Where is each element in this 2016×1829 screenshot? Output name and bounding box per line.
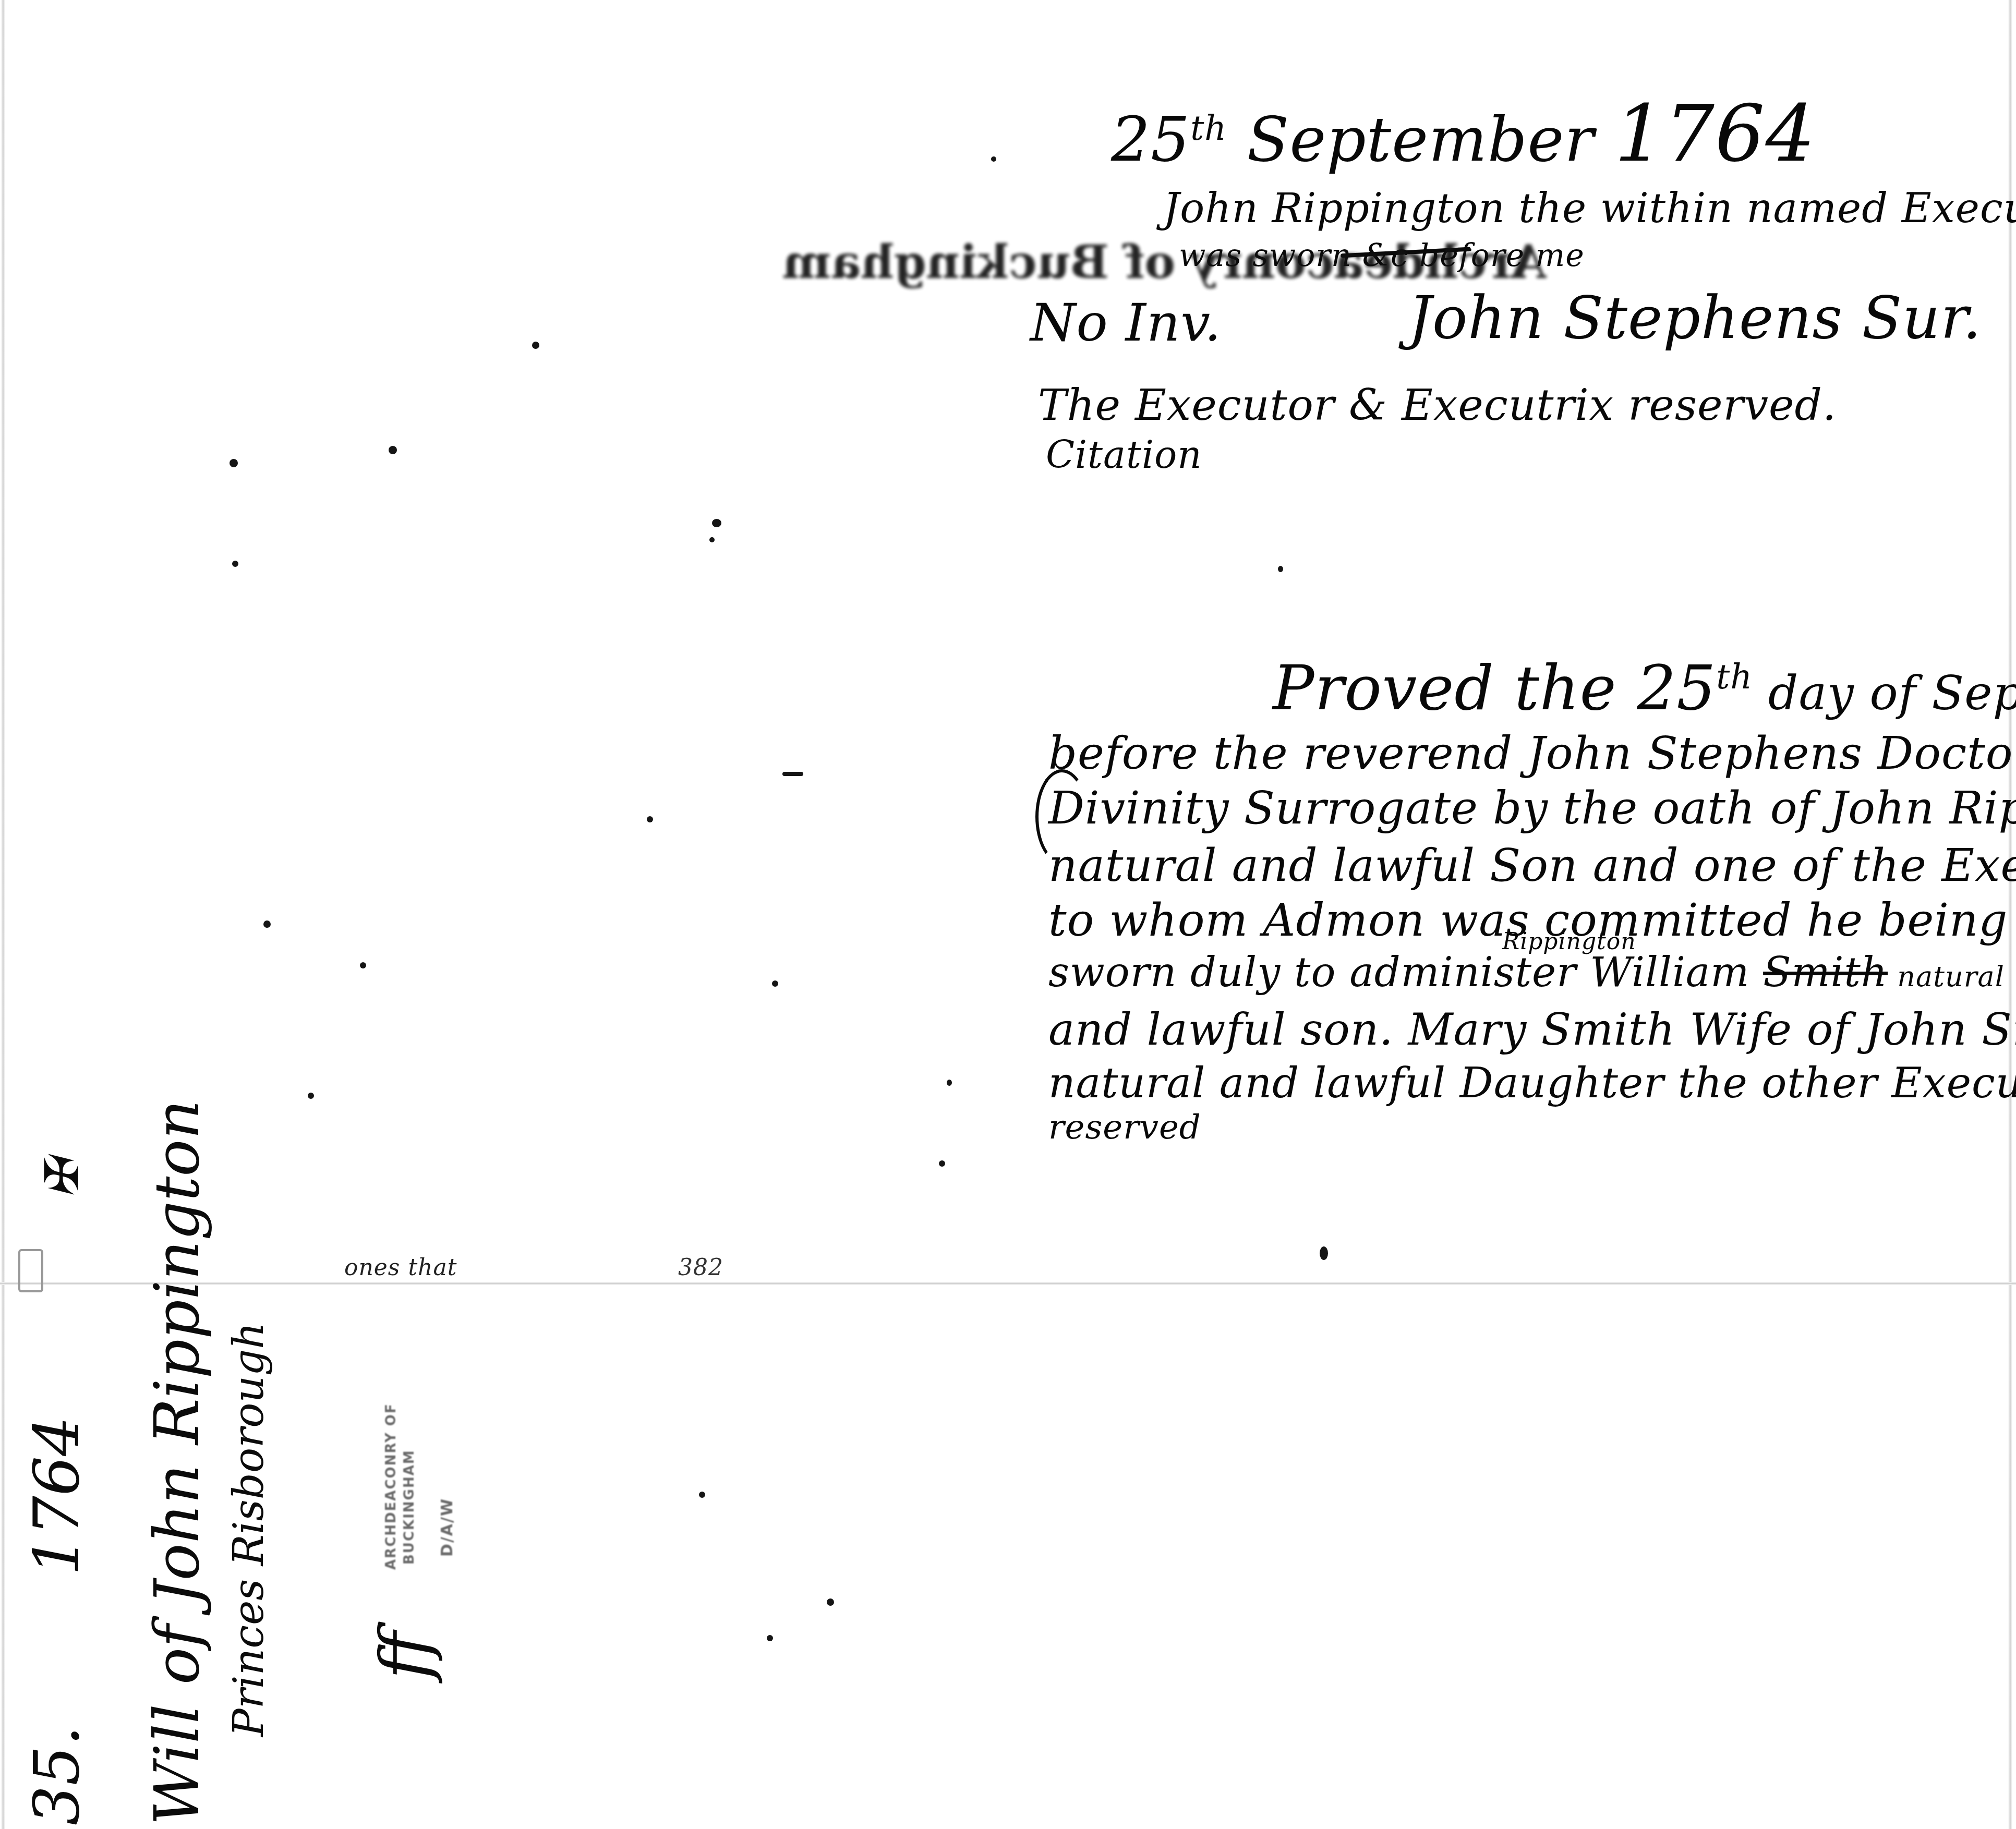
archive-stamp-line1: ARCHDEACONRY OF	[383, 1403, 399, 1570]
fold-faint-text: ones that	[344, 1254, 457, 1281]
probate-line-1: Proved the 25th day of September 1764	[1273, 652, 2016, 724]
ink-speck	[712, 519, 721, 527]
ink-speck	[263, 920, 271, 928]
no-inventory-note: No Inv.	[1030, 292, 1222, 353]
memo-year: 1764	[1614, 89, 1816, 179]
docket-number: 35	[21, 1746, 93, 1825]
natural-tail: natural	[1888, 960, 2005, 993]
probate-line-7: and lawful son. Mary Smith Wife of John …	[1048, 1004, 2016, 1055]
left-page-edge	[1, 0, 5, 1829]
ink-speck	[647, 816, 653, 822]
memo-executor-line: John Rippington the within named Executo…	[1163, 185, 2016, 232]
proved-date-rest: day of September 1764	[1753, 666, 2016, 721]
ink-speck	[827, 1598, 834, 1606]
bleed-through-stamp: Archdeaconry of Buckingham	[782, 235, 1546, 289]
probate-line-4: natural and lawful Son and one of the Ex…	[1048, 840, 2016, 892]
ink-speck	[772, 980, 778, 987]
docket-cross-mark: ✠	[35, 1159, 90, 1198]
docket-place: Princes Risborough	[224, 1322, 273, 1737]
ink-speck	[360, 962, 366, 968]
ink-blot	[1320, 1246, 1328, 1260]
probate-line-8: natural and lawful Daughter the other Ex…	[1048, 1059, 2016, 1107]
memo-month: September	[1247, 103, 1595, 175]
archive-stamp-line2: BUCKINGHAM	[402, 1449, 417, 1565]
ink-speck	[991, 156, 996, 162]
probate-line-2: before the reverend John Stephens Doctor…	[1048, 728, 2016, 780]
archive-ref-stamp: D/A/W	[438, 1498, 456, 1557]
probate-line-3: Divinity Surrogate by the oath of John R…	[1048, 782, 2016, 834]
ink-speck	[532, 342, 539, 349]
memo-reserved-line: The Executor & Executrix reserved.	[1038, 381, 1837, 430]
ink-speck	[767, 1635, 773, 1641]
ink-speck	[947, 1080, 952, 1086]
docket-mark: ff	[365, 1631, 444, 1679]
memo-day-suffix: th	[1190, 109, 1227, 148]
proved-the: Proved the 25	[1273, 652, 1716, 724]
ink-speck	[1278, 566, 1283, 572]
docket-number-year: 35. 1764 ✠	[21, 1159, 93, 1825]
ink-speck	[308, 1093, 314, 1099]
memo-date-line: 25th September 1764	[1111, 89, 1816, 179]
ink-speck	[232, 561, 238, 567]
folio-number: 382	[678, 1254, 723, 1281]
docket-year: 1764	[21, 1416, 93, 1576]
ink-speck	[230, 459, 238, 467]
docket-title: Will of John Rippington	[141, 1100, 213, 1825]
william: William	[1576, 949, 1763, 996]
day-suffix: th	[1716, 658, 1753, 697]
surrogate-signature: John Stephens Sur.	[1408, 284, 1982, 352]
memo-citation: Citation	[1046, 433, 1202, 477]
ink-speck	[389, 446, 397, 454]
document-page: 25th September 1764 John Rippington the …	[0, 0, 2016, 1829]
probate-line-6: sworn duly to administer William Smith n…	[1048, 949, 2005, 996]
ink-speck	[939, 1160, 945, 1167]
probate-line-9: reserved	[1048, 1108, 1201, 1147]
ink-speck	[699, 1492, 705, 1498]
sworn-duly: sworn duly to administer	[1048, 949, 1576, 996]
ink-speck	[709, 537, 715, 542]
struck-smith: Smith	[1763, 949, 1888, 996]
memo-day: 25	[1111, 103, 1190, 175]
fold-line	[0, 1282, 2016, 1285]
ink-dash	[782, 772, 803, 776]
